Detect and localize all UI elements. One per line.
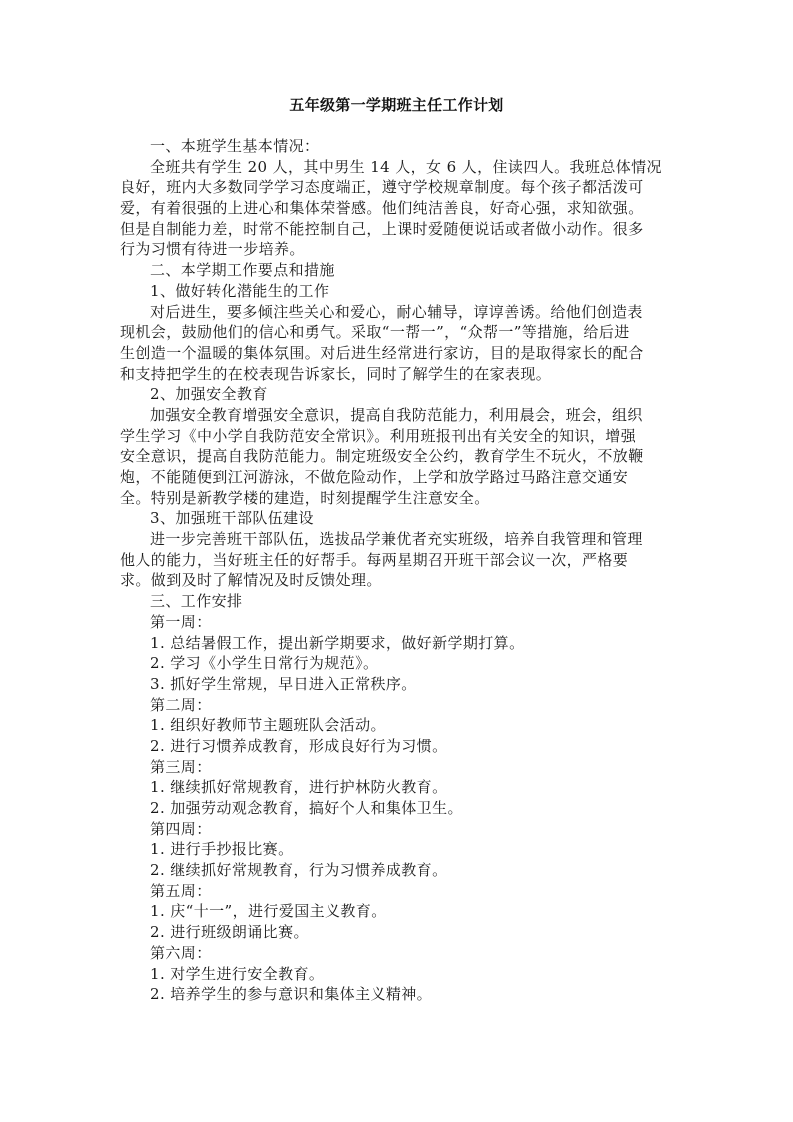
text-line: 爱，有着很强的上进心和集体荣誉感。他们纯洁善良，好奇心强，求知欲强。 <box>120 198 670 219</box>
text-line: 进一步完善班干部队伍，选拔品学兼优者充实班级，培养自我管理和管理 <box>120 529 670 550</box>
document-body: 一、本班学生基本情况：全班共有学生 20 人，其中男生 14 人，女 6 人，住… <box>120 136 670 1005</box>
text-line: 2. 继续抓好常规教育，行为习惯养成教育。 <box>120 860 670 881</box>
document-page: 五年级第一学期班主任工作计划 一、本班学生基本情况：全班共有学生 20 人，其中… <box>0 0 793 1122</box>
text-line: 三、工作安排 <box>120 591 670 612</box>
text-line: 对后进生，要多倾注些关心和爱心，耐心辅导，谆谆善诱。给他们创造表 <box>120 302 670 323</box>
text-line: 加强安全教育增强安全意识，提高自我防范能力，利用晨会，班会，组织 <box>120 405 670 426</box>
text-line: 安全意识，提高自我防范能力。制定班级安全公约，教育学生不玩火，不放鞭 <box>120 446 670 467</box>
text-line: 2、加强安全教育 <box>120 384 670 405</box>
text-line: 1、做好转化潜能生的工作 <box>120 281 670 302</box>
text-line: 第五周： <box>120 881 670 902</box>
text-line: 2. 加强劳动观念教育，搞好个人和集体卫生。 <box>120 798 670 819</box>
text-line: 2. 进行班级朗诵比赛。 <box>120 922 670 943</box>
text-line: 和支持把学生的在校表现告诉家长，同时了解学生的在家表现。 <box>120 364 670 385</box>
text-line: 良好，班内大多数同学学习态度端正，遵守学校规章制度。每个孩子都活泼可 <box>120 177 670 198</box>
text-line: 第三周： <box>120 757 670 778</box>
text-line: 1. 继续抓好常规教育，进行护林防火教育。 <box>120 777 670 798</box>
text-line: 3、加强班干部队伍建设 <box>120 508 670 529</box>
text-line: 第四周： <box>120 819 670 840</box>
document-title: 五年级第一学期班主任工作计划 <box>0 94 793 115</box>
text-line: 行为习惯有待进一步培养。 <box>120 239 670 260</box>
text-line: 1. 对学生进行安全教育。 <box>120 964 670 985</box>
text-line: 全班共有学生 20 人，其中男生 14 人，女 6 人，住读四人。我班总体情况 <box>120 157 670 178</box>
text-line: 学生学习《中小学自我防范安全常识》。利用班报刊出有关安全的知识，增强 <box>120 426 670 447</box>
text-line: 他人的能力，当好班主任的好帮手。每两星期召开班干部会议一次，严格要 <box>120 550 670 571</box>
text-line: 求。做到及时了解情况及时反馈处理。 <box>120 570 670 591</box>
text-line: 生创造一个温暖的集体氛围。对后进生经常进行家访，目的是取得家长的配合 <box>120 343 670 364</box>
text-line: 1. 总结暑假工作，提出新学期要求，做好新学期打算。 <box>120 633 670 654</box>
text-line: 2. 进行习惯养成教育，形成良好行为习惯。 <box>120 736 670 757</box>
text-line: 1. 组织好教师节主题班队会活动。 <box>120 715 670 736</box>
text-line: 一、本班学生基本情况： <box>120 136 670 157</box>
text-line: 2. 培养学生的参与意识和集体主义精神。 <box>120 984 670 1005</box>
text-line: 全。特别是新教学楼的建造，时刻提醒学生注意安全。 <box>120 488 670 509</box>
text-line: 二、本学期工作要点和措施 <box>120 260 670 281</box>
text-line: 1. 庆“十一”，进行爱国主义教育。 <box>120 901 670 922</box>
text-line: 但是自制能力差，时常不能控制自己，上课时爱随便说话或者做小动作。很多 <box>120 219 670 240</box>
text-line: 第二周： <box>120 695 670 716</box>
text-line: 炮，不能随便到江河游泳，不做危险动作，上学和放学路过马路注意交通安 <box>120 467 670 488</box>
text-line: 第六周： <box>120 943 670 964</box>
text-line: 1. 进行手抄报比赛。 <box>120 839 670 860</box>
text-line: 3. 抓好学生常规，早日进入正常秩序。 <box>120 674 670 695</box>
text-line: 现机会，鼓励他们的信心和勇气。采取“一帮一”，“众帮一”等措施，给后进 <box>120 322 670 343</box>
text-line: 第一周： <box>120 612 670 633</box>
text-line: 2. 学习《小学生日常行为规范》。 <box>120 653 670 674</box>
